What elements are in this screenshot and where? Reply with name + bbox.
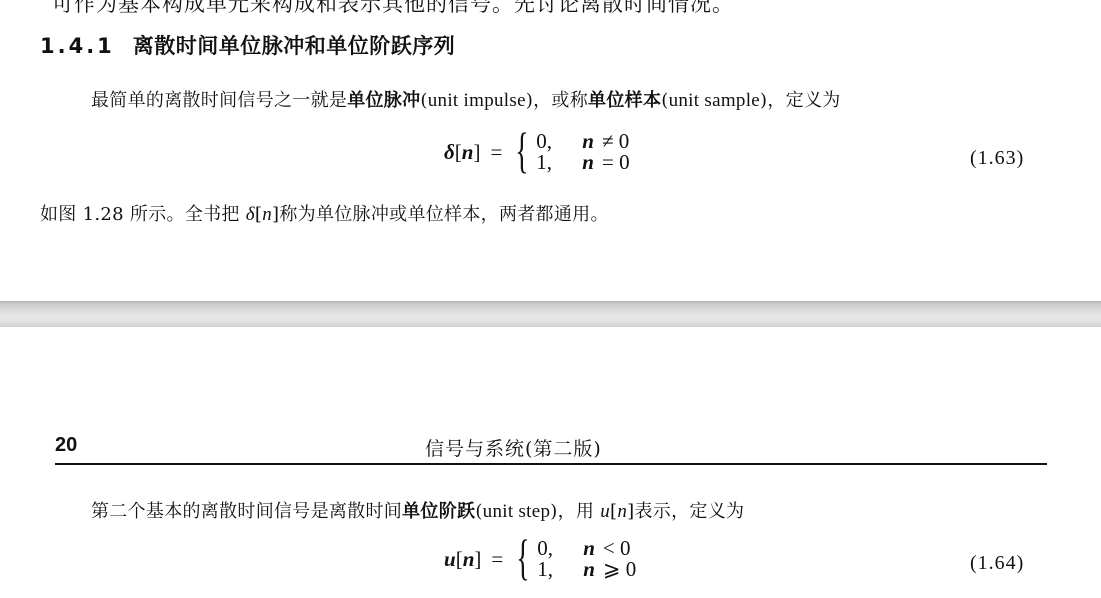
math-n: n	[617, 501, 627, 522]
text: (	[420, 90, 427, 111]
text: 如图 1.28 所示。全书把	[40, 204, 246, 225]
header-rule	[55, 463, 1047, 465]
text: (	[475, 501, 482, 522]
text: 第二个基本的离散时间信号是离散时间	[91, 501, 402, 522]
text: ]称为单位脉冲或单位样本，两者都通用。	[272, 204, 609, 225]
math-n: n	[262, 204, 272, 225]
math-delta: δ	[246, 204, 255, 225]
equation-cases: 0, n ≠ 0 1, n = 0	[536, 131, 629, 173]
english-term: unit step	[483, 501, 551, 522]
text: ]表示，定义为	[627, 501, 744, 522]
paragraph-unit-impulse: 最简单的离散时间信号之一就是单位脉冲(unit impulse)，或称单位样本(…	[91, 86, 841, 112]
brace-icon: {	[516, 125, 529, 175]
text: (	[661, 90, 668, 111]
page-number: 20	[55, 434, 77, 457]
running-header: 20 信号与系统(第二版)	[55, 434, 1047, 464]
paragraph-figure-ref: 如图 1.28 所示。全书把 δ[n]称为单位脉冲或单位样本，两者都通用。	[40, 200, 609, 226]
text: )，用	[550, 501, 600, 522]
equals-sign: =	[490, 140, 502, 165]
page-separator	[0, 301, 1101, 327]
english-term: unit impulse	[428, 90, 526, 111]
term-unit-impulse: 单位脉冲	[347, 90, 420, 111]
paragraph-unit-step: 第二个基本的离散时间信号是离散时间单位阶跃(unit step)，用 u[n]表…	[91, 497, 744, 523]
equation-1-64: u[n] = { 0, n < 0 1, n ⩾ 0	[444, 534, 636, 584]
equation-case: 1, n ⩾ 0	[537, 559, 636, 580]
equation-lhs: u[n]	[444, 547, 481, 572]
section-heading: 1.4.1离散时间单位脉冲和单位阶跃序列	[40, 30, 455, 60]
clipped-previous-line: 可作为基本构成单元来构成和表示其他的信号。先讨论离散时间情况。	[52, 0, 734, 18]
book-title: 信号与系统(第二版)	[425, 434, 602, 461]
text: )，定义为	[760, 90, 841, 111]
text: )，或称	[526, 90, 588, 111]
english-term: unit sample	[669, 90, 760, 111]
term-unit-sample: 单位样本	[588, 90, 661, 111]
equation-case: 0, n ≠ 0	[536, 131, 629, 152]
equation-cases: 0, n < 0 1, n ⩾ 0	[537, 538, 636, 580]
page-lower: 20 信号与系统(第二版) 第二个基本的离散时间信号是离散时间单位阶跃(unit…	[0, 327, 1101, 598]
brace-icon: {	[517, 532, 530, 582]
section-title: 离散时间单位脉冲和单位阶跃序列	[133, 34, 456, 58]
equation-number: (1.63)	[970, 147, 1024, 170]
section-number: 1.4.1	[40, 34, 115, 58]
text: 最简单的离散时间信号之一就是	[91, 90, 347, 111]
term-unit-step: 单位阶跃	[402, 501, 475, 522]
equation-case: 0, n < 0	[537, 538, 636, 559]
equals-sign: =	[491, 547, 503, 572]
equation-number: (1.64)	[970, 552, 1024, 575]
page-upper: 可作为基本构成单元来构成和表示其他的信号。先讨论离散时间情况。 1.4.1离散时…	[0, 0, 1101, 301]
equation-1-63: δ[n] = { 0, n ≠ 0 1, n = 0	[444, 127, 630, 177]
equation-lhs: δ[n]	[444, 140, 480, 165]
equation-case: 1, n = 0	[536, 152, 629, 173]
math-u: u	[600, 501, 610, 522]
